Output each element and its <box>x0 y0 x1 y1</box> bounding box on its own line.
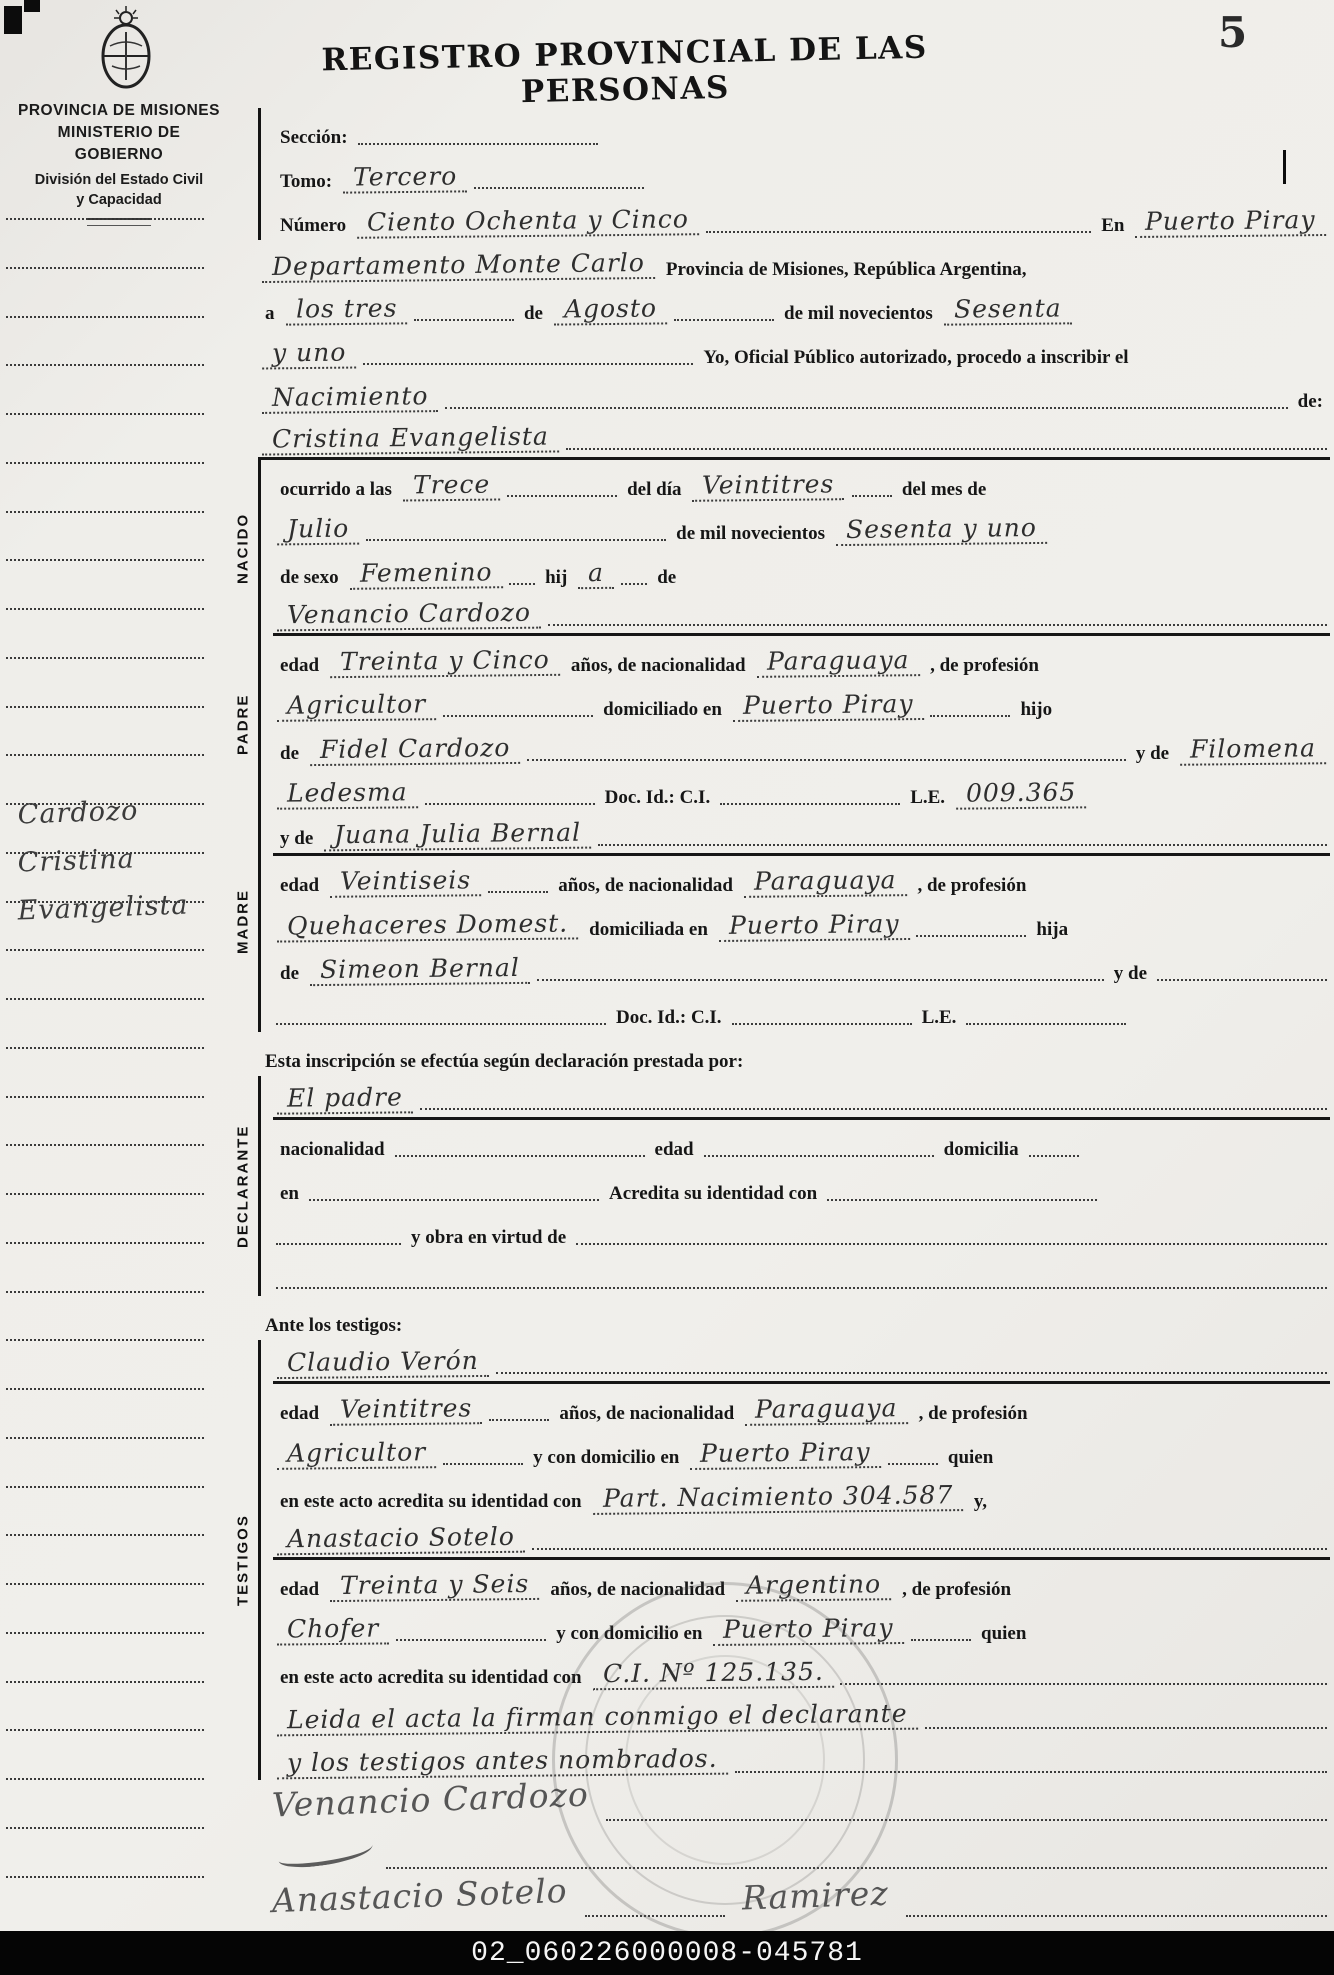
printed-text: de sexo <box>280 567 339 589</box>
dotted-line <box>509 583 535 585</box>
form-row: Ante los testigos: <box>258 1296 1330 1340</box>
form-row: Chofery con domicilio enPuerto Pirayquie… <box>273 1604 1330 1648</box>
dotted-line <box>488 891 548 893</box>
form-row: Agricultordomiciliado enPuerto Pirayhijo <box>273 680 1330 724</box>
dotted-line <box>621 583 647 585</box>
printed-text: hij <box>545 567 567 589</box>
handwritten-text: Agricultor <box>277 1437 436 1470</box>
dotted-line <box>576 1243 1327 1245</box>
form-row: edadVeintitresaños, de nacionalidadParag… <box>273 1384 1330 1428</box>
dotted-line <box>527 759 1126 761</box>
handwritten-text: Cristina Evangelista <box>262 421 559 455</box>
dotted-line <box>911 1639 971 1641</box>
printed-text: edad <box>280 1403 319 1425</box>
form-section-testigos: TESTIGOSClaudio VerónedadVeintitresaños,… <box>228 1340 1330 1780</box>
dotted-line <box>720 803 900 805</box>
printed-text: de: <box>1298 391 1323 413</box>
form-row: LedesmaDoc. Id.: C.I.L.E.009.365 <box>273 768 1330 812</box>
form-row: deSimeon Bernaly de <box>273 944 1330 988</box>
margin-dotted-line <box>6 511 204 513</box>
form-row: Esta inscripción se efectúa según declar… <box>258 1032 1330 1076</box>
form-row: edadTreinta y Cincoaños, de nacionalidad… <box>273 636 1330 680</box>
form-section-nacido: NACIDOocurrido a lasTrecedel díaVeintitr… <box>228 460 1330 636</box>
handwritten-text: Tercero <box>343 161 468 193</box>
dotted-line <box>537 979 1104 981</box>
dotted-line <box>735 1771 1327 1773</box>
handwritten-text: Agricultor <box>277 689 436 722</box>
margin-dotted-line <box>6 1242 204 1244</box>
dotted-line <box>414 319 514 321</box>
dotted-line <box>363 363 693 365</box>
printed-text: , de profesión <box>902 1579 1011 1601</box>
margin-dotted-line <box>6 949 204 951</box>
form-row: y obra en virtud de <box>273 1208 1330 1252</box>
handwritten-text: Puerto Piray <box>690 1437 881 1470</box>
dotted-line <box>930 715 1010 717</box>
printed-text: , de profesión <box>919 1403 1028 1425</box>
signature-row: Anastacio SoteloRamirez <box>258 1876 1330 1924</box>
dotted-line <box>309 1199 599 1201</box>
issuing-office-block: PROVINCIA DE MISIONES MINISTERIO DE GOBI… <box>18 100 220 226</box>
printed-text: y, <box>974 1491 987 1513</box>
dotted-line <box>925 1727 1327 1729</box>
printed-text: y de <box>1114 963 1147 985</box>
form-row: Venancio Cardozo <box>273 592 1330 636</box>
scan-mark <box>4 6 22 34</box>
signature-text: Anastacio Sotelo <box>261 1871 578 1927</box>
form-row: y los testigos antes nombrados. <box>273 1736 1330 1780</box>
printed-text: del mes de <box>902 479 986 501</box>
margin-dotted-line <box>6 998 204 1000</box>
dotted-line <box>443 1463 523 1465</box>
printed-text: quien <box>948 1447 993 1469</box>
form-section: Ante los testigos: <box>228 1296 1330 1340</box>
page-number: 5 <box>1218 8 1247 57</box>
printed-text: de <box>657 567 676 589</box>
handwritten-text: Claudio Verón <box>277 1346 489 1379</box>
form-row: edadTreinta y Seisaños, de nacionalidadA… <box>273 1560 1330 1604</box>
form-row: Juliode mil novecientosSesenta y uno <box>273 504 1330 548</box>
margin-dotted-line <box>6 1096 204 1098</box>
margin-dotted-line <box>6 1144 204 1146</box>
printed-text: Acredita su identidad con <box>609 1183 817 1205</box>
form-section: Sección:Tomo:TerceroNúmeroCiento Ochenta… <box>228 108 1330 240</box>
margin-dotted-line <box>6 1486 204 1488</box>
printed-text: nacionalidad <box>280 1139 385 1161</box>
handwritten-text: Filomena <box>1180 733 1326 766</box>
dotted-line <box>396 1639 546 1641</box>
printed-text: edad <box>655 1139 694 1161</box>
printed-text: en este acto acredita su identidad con <box>280 1667 582 1689</box>
dotted-line <box>425 803 595 805</box>
form-row: alos tresdeAgostode mil novecientosSesen… <box>258 284 1330 328</box>
dotted-line <box>489 1419 549 1421</box>
dotted-line <box>496 1372 1327 1374</box>
handwritten-text: Puerto Piray <box>733 689 924 722</box>
margin-name: Cardozo <box>17 793 219 848</box>
printed-text: edad <box>280 655 319 677</box>
form-row: enAcredita su identidad con <box>273 1164 1330 1208</box>
form-row: nacionalidadedaddomicilia <box>273 1120 1330 1164</box>
dotted-line <box>395 1155 645 1157</box>
dotted-line <box>732 1023 912 1025</box>
form-row: y unoYo, Oficial Público autorizado, pro… <box>258 328 1330 372</box>
handwritten-text: Puerto Piray <box>713 1613 904 1646</box>
printed-text: y de <box>280 828 313 850</box>
dotted-line <box>704 1155 934 1157</box>
margin-dotted-line <box>6 754 204 756</box>
coat-of-arms-icon <box>88 2 164 107</box>
section-label-declarante: DECLARANTE <box>228 1076 258 1296</box>
handwritten-text: Argentino <box>736 1569 891 1602</box>
dotted-line <box>276 1243 401 1245</box>
margin-name: Cristina <box>17 841 219 896</box>
handwritten-text: Veintitres <box>330 1393 483 1426</box>
handwritten-text: Ledesma <box>277 777 418 809</box>
margin-dotted-line <box>6 1388 204 1390</box>
margin-dotted-line <box>6 1681 204 1683</box>
margin-dotted-line <box>6 1632 204 1634</box>
form-row: Agricultory con domicilio enPuerto Piray… <box>273 1428 1330 1472</box>
margin-dotted-line <box>6 1437 204 1439</box>
signature-scribble <box>277 1835 374 1870</box>
printed-text: ocurrido a las <box>280 479 392 501</box>
handwritten-text: C.I. Nº 125.135. <box>592 1657 833 1691</box>
margin-dotted-line <box>6 1778 204 1780</box>
printed-text: Doc. Id.: C.I. <box>605 787 711 809</box>
dotted-line <box>1157 979 1327 981</box>
handwritten-text: Femenino <box>349 557 502 590</box>
printed-text: y de <box>1136 743 1169 765</box>
division-line-2: y Capacidad <box>18 190 220 210</box>
handwritten-text: Trece <box>403 469 501 501</box>
signature-row: Venancio Cardozo <box>258 1780 1330 1828</box>
handwritten-text: Agosto <box>554 293 667 325</box>
margin-dotted-line <box>6 1729 204 1731</box>
margin-dotted-line <box>6 413 204 415</box>
handwritten-text: Departamento Monte Carlo <box>262 248 655 283</box>
section-label-testigos: TESTIGOS <box>228 1340 258 1780</box>
printed-text: de mil novecientos <box>784 303 933 325</box>
dotted-line <box>674 319 774 321</box>
handwritten-text: Paraguaya <box>756 645 919 678</box>
form-row: deFidel Cardozoy deFilomena <box>273 724 1330 768</box>
dotted-line <box>366 539 666 541</box>
handwritten-text: Fidel Cardozo <box>310 733 521 766</box>
printed-text: años, de nacionalidad <box>550 1579 725 1601</box>
division-line-1: División del Estado Civil <box>18 170 220 190</box>
scan-mark <box>24 0 40 12</box>
dotted-line <box>916 935 1026 937</box>
dotted-line <box>706 231 1091 233</box>
form-row: de sexoFemeninohijade <box>273 548 1330 592</box>
handwritten-text: Puerto Piray <box>1135 205 1326 238</box>
form-area: Sección:Tomo:TerceroNúmeroCiento Ochenta… <box>228 108 1330 1924</box>
margin-name: Evangelista <box>17 889 219 944</box>
margin-dotted-line <box>6 218 204 220</box>
printed-text: , de profesión <box>917 875 1026 897</box>
dotted-line <box>598 844 1327 846</box>
dotted-line <box>507 495 617 497</box>
form-row: El padre <box>273 1076 1330 1120</box>
form-row: Cristina Evangelista <box>258 416 1330 460</box>
printed-text: quien <box>981 1623 1026 1645</box>
margin-dotted-line <box>6 1876 204 1878</box>
printed-text: Ante los testigos: <box>265 1315 402 1337</box>
handwritten-text: Veintiseis <box>330 865 481 898</box>
form-row: en este acto acredita su identidad conC.… <box>273 1648 1330 1692</box>
handwritten-text: los tres <box>285 293 407 325</box>
printed-text: hija <box>1036 919 1068 941</box>
printed-text: de <box>524 303 543 325</box>
printed-text: En <box>1101 215 1124 237</box>
margin-index-names: Cardozo Cristina Evangelista <box>18 796 218 940</box>
printed-text: Sección: <box>280 127 348 149</box>
dotted-line <box>888 1463 938 1465</box>
archive-reference-number: 02_060226000008-045781 <box>471 1938 863 1969</box>
handwritten-text: Julio <box>277 514 359 546</box>
dotted-line <box>276 1287 1327 1289</box>
section-label-madre: MADRE <box>228 812 258 1032</box>
dotted-line <box>566 448 1327 450</box>
form-row: edadVeintiseisaños, de nacionalidadParag… <box>273 856 1330 900</box>
handwritten-text: y los testigos antes nombrados. <box>277 1744 728 1780</box>
form-row <box>273 1252 1330 1296</box>
signature-text: Venancio Cardozo <box>261 1774 599 1831</box>
printed-text: domiciliado en <box>603 699 722 721</box>
handwritten-text: Venancio Cardozo <box>277 598 541 632</box>
printed-text: del día <box>627 479 681 501</box>
signature-row <box>258 1828 1330 1876</box>
form-row: en este acto acredita su identidad conPa… <box>273 1472 1330 1516</box>
margin-dotted-line <box>6 1193 204 1195</box>
dotted-line <box>276 1023 606 1025</box>
handwritten-text: Treinta y Cinco <box>330 645 560 678</box>
printed-text: , de profesión <box>930 655 1039 677</box>
handwritten-text: Simeon Bernal <box>310 953 530 986</box>
margin-dotted-line <box>6 559 204 561</box>
margin-ruled-lines <box>6 218 204 1878</box>
archive-reference-bar: 02_060226000008-045781 <box>0 1931 1334 1975</box>
margin-dotted-line <box>6 706 204 708</box>
form-section-declarante: DECLARANTEEl padrenacionalidadedaddomici… <box>228 1076 1330 1296</box>
margin-dotted-line <box>6 1534 204 1536</box>
handwritten-text: Veintitres <box>692 469 845 502</box>
handwritten-text: a <box>578 558 614 589</box>
handwritten-text: Sesenta y uno <box>836 513 1047 546</box>
printed-text: y con domicilio en <box>556 1623 702 1645</box>
form-section-madre: MADREy deJuana Julia BernaledadVeintisei… <box>228 812 1330 1032</box>
form-row: NúmeroCiento Ochenta y CincoEnPuerto Pir… <box>273 196 1330 240</box>
form-section: Esta inscripción se efectúa según declar… <box>228 1032 1330 1076</box>
handwritten-text: Treinta y Seis <box>330 1569 540 1602</box>
page-title: REGISTRO PROVINCIAL DE LAS PERSONAS <box>254 28 995 115</box>
margin-dotted-line <box>6 316 204 318</box>
dotted-line <box>548 624 1327 626</box>
printed-text: edad <box>280 875 319 897</box>
margin-dotted-line <box>6 1827 204 1829</box>
form-row: ocurrido a lasTrecedel díaVeintitresdel … <box>273 460 1330 504</box>
dotted-line <box>852 495 892 497</box>
form-section: Departamento Monte CarloProvincia de Mis… <box>228 240 1330 460</box>
printed-text: Doc. Id.: C.I. <box>616 1007 722 1029</box>
form-row: y deJuana Julia Bernal <box>273 812 1330 856</box>
handwritten-text: Part. Nacimiento 304.587 <box>592 1480 963 1515</box>
ministry-line: MINISTERIO DE GOBIERNO <box>18 122 220 166</box>
form-row: Quehaceres Domest.domiciliada enPuerto P… <box>273 900 1330 944</box>
margin-dotted-line <box>6 364 204 366</box>
handwritten-text: Quehaceres Domest. <box>277 908 578 942</box>
printed-text: edad <box>280 1579 319 1601</box>
form-row: Tomo:Tercero <box>273 152 1330 196</box>
printed-text: años, de nacionalidad <box>559 1403 734 1425</box>
handwritten-text: Ciento Ochenta y Cinco <box>357 204 699 239</box>
printed-text: años, de nacionalidad <box>558 875 733 897</box>
printed-text: en <box>280 1183 299 1205</box>
dotted-line <box>386 1867 1327 1869</box>
handwritten-text: Nacimiento <box>262 381 439 414</box>
form-section: Venancio CardozoAnastacio SoteloRamirez <box>228 1780 1330 1924</box>
printed-text: L.E. <box>922 1007 957 1029</box>
printed-text: L.E. <box>910 787 945 809</box>
handwritten-text: y uno <box>262 338 357 370</box>
form-row: Sección: <box>273 108 1330 152</box>
section-label-padre: PADRE <box>228 636 258 812</box>
printed-text: y con domicilio en <box>533 1447 679 1469</box>
printed-text: de <box>280 963 299 985</box>
margin-dotted-line <box>6 267 204 269</box>
province-line: PROVINCIA DE MISIONES <box>18 100 220 122</box>
dotted-line <box>966 1023 1126 1025</box>
handwritten-text: Juana Julia Bernal <box>324 818 591 852</box>
printed-text: hijo <box>1020 699 1052 721</box>
dotted-line <box>840 1683 1327 1685</box>
dotted-line <box>606 1819 1327 1821</box>
handwritten-text: Puerto Piray <box>719 909 910 942</box>
printed-text: de mil novecientos <box>676 523 825 545</box>
printed-text: en este acto acredita su identidad con <box>280 1491 582 1513</box>
dotted-line <box>420 1108 1327 1110</box>
form-row: Leida el acta la firman conmigo el decla… <box>273 1692 1330 1736</box>
margin-dotted-line <box>6 1047 204 1049</box>
form-row: Departamento Monte CarloProvincia de Mis… <box>258 240 1330 284</box>
printed-text: Provincia de Misiones, República Argenti… <box>666 259 1027 281</box>
dotted-line <box>585 1915 725 1917</box>
handwritten-text: Paraguaya <box>745 1393 908 1426</box>
handwritten-text: Leida el acta la firman conmigo el decla… <box>277 1699 918 1737</box>
printed-text: Tomo: <box>280 171 332 193</box>
dotted-line <box>474 187 644 189</box>
printed-text: Yo, Oficial Público autorizado, procedo … <box>703 347 1128 369</box>
handwritten-text: 009.365 <box>956 777 1087 809</box>
handwritten-text: Anastacio Sotelo <box>277 1522 525 1556</box>
signature-text: Ramirez <box>731 1873 899 1924</box>
margin-dotted-line <box>6 608 204 610</box>
printed-text: domicilia <box>944 1139 1019 1161</box>
dotted-line <box>443 715 593 717</box>
printed-text: a <box>265 303 275 325</box>
scanned-birth-certificate: REGISTRO PROVINCIAL DE LAS PERSONAS 5 PR… <box>0 0 1334 1975</box>
printed-text: Esta inscripción se efectúa según declar… <box>265 1051 743 1073</box>
dotted-line <box>1029 1155 1079 1157</box>
printed-text: Número <box>280 215 346 237</box>
dotted-line <box>445 407 1287 409</box>
form-row: Doc. Id.: C.I.L.E. <box>273 988 1330 1032</box>
dotted-line <box>906 1915 1327 1917</box>
printed-text: y obra en virtud de <box>411 1227 566 1249</box>
handwritten-text: Sesenta <box>944 293 1072 325</box>
printed-text: domiciliada en <box>589 919 708 941</box>
form-row: Anastacio Sotelo <box>273 1516 1330 1560</box>
form-row: Claudio Verón <box>273 1340 1330 1384</box>
margin-dotted-line <box>6 1339 204 1341</box>
section-label-nacido: NACIDO <box>228 460 258 636</box>
margin-dotted-line <box>6 462 204 464</box>
printed-text: de <box>280 743 299 765</box>
margin-dotted-line <box>6 1583 204 1585</box>
handwritten-text: El padre <box>277 1082 413 1114</box>
dotted-line <box>827 1199 1097 1201</box>
margin-dotted-line <box>6 657 204 659</box>
form-row: Nacimientode: <box>258 372 1330 416</box>
handwritten-text: Chofer <box>277 1613 390 1645</box>
handwritten-text: Paraguaya <box>744 865 907 898</box>
form-section-padre: PADREedadTreinta y Cincoaños, de naciona… <box>228 636 1330 812</box>
dotted-line <box>358 143 598 145</box>
dotted-line <box>532 1548 1327 1550</box>
printed-text: años, de nacionalidad <box>571 655 746 677</box>
margin-dotted-line <box>6 1291 204 1293</box>
